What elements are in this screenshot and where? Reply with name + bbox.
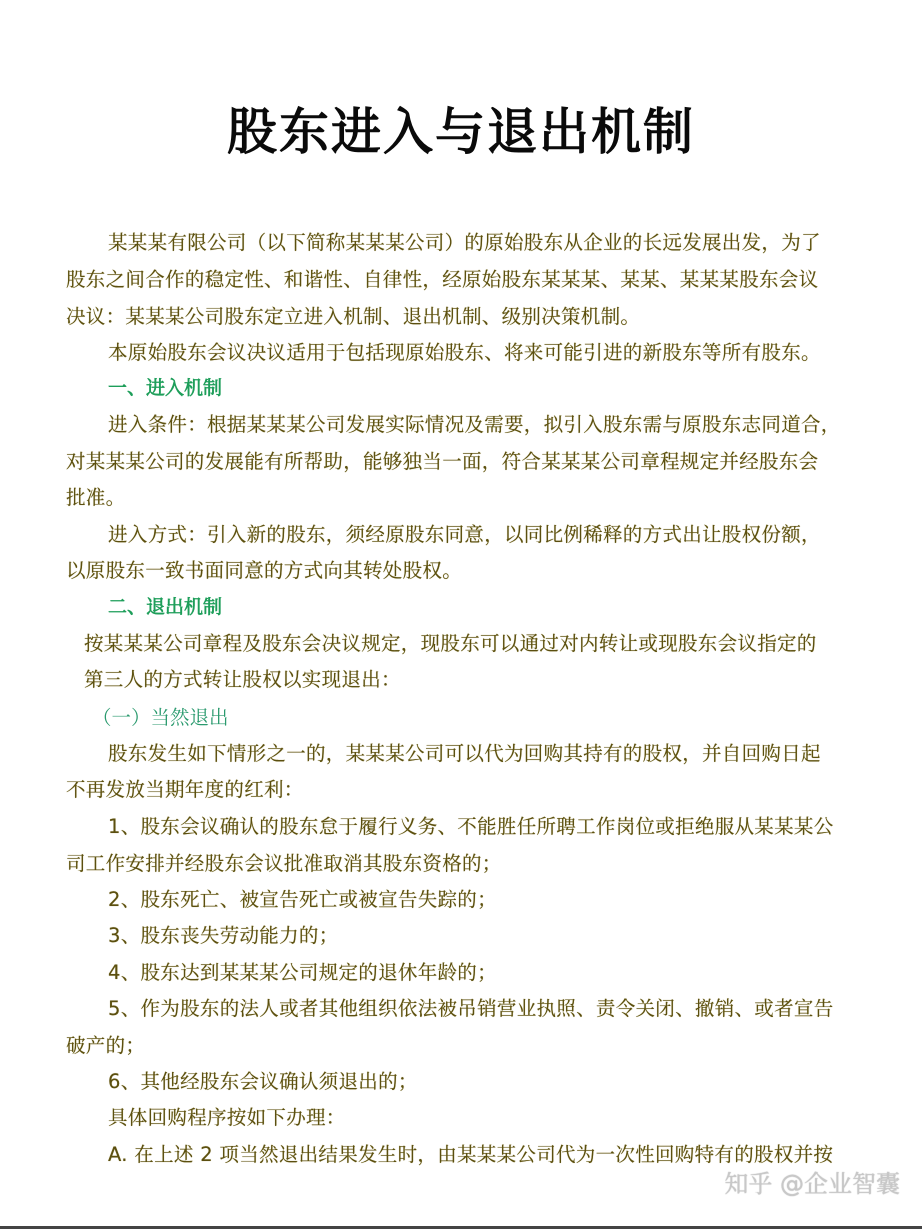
entry-conditions-line-3: 批准。 xyxy=(66,484,125,512)
exit-intro-line-2: 第三人的方式转让股权以实现退出： xyxy=(84,666,401,694)
entry-method-line-2: 以原股东一致书面同意的方式向其转处股权。 xyxy=(66,557,462,585)
entry-conditions-line-2: 对某某某公司的发展能有所帮助，能够独当一面，符合某某某公司章程规定并经股东会 xyxy=(66,448,818,476)
entry-method-line-1: 进入方式：引入新的股东，须经原股东同意，以同比例稀释的方式出让股权份额， xyxy=(108,521,821,549)
exit-intro-line-1: 按某某某公司章程及股东会决议规定，现股东可以通过对内转让或现股东会议指定的 xyxy=(84,630,817,658)
procedure-item-a: A. 在上述 2 项当然退出结果发生时，由某某某公司代为一次性回购特有的股权并按 xyxy=(108,1141,833,1169)
section-heading-exit: 二、退出机制 xyxy=(108,593,222,621)
intro-line-2: 股东之间合作的稳定性、和谐性、自律性，经原始股东某某某、某某、某某某股东会议 xyxy=(66,266,818,294)
list-item-1-line-1: 1、股东会议确认的股东怠于履行义务、不能胜任所聘工作岗位或拒绝服从某某某公 xyxy=(108,813,834,841)
list-item-3: 3、股东丧失劳动能力的； xyxy=(108,922,339,950)
watermark: 知乎 @企业智囊 xyxy=(724,1168,900,1200)
list-item-1-line-2: 司工作安排并经股东会议批准取消其股东资格的； xyxy=(66,850,502,878)
intro-line-4: 本原始股东会议决议适用于包括现原始股东、将来可能引进的新股东等所有股东。 xyxy=(108,339,821,367)
list-item-2: 2、股东死亡、被宣告死亡或被宣告失踪的； xyxy=(108,886,497,914)
intro-line-3: 决议：某某某公司股东定立进入机制、退出机制、级别决策机制。 xyxy=(66,303,640,331)
section-heading-entry: 一、进入机制 xyxy=(108,374,222,402)
document-title: 股东进入与退出机制 xyxy=(0,102,922,162)
procedure-heading: 具体回购程序按如下办理： xyxy=(108,1104,346,1132)
list-item-5-line-2: 破产的； xyxy=(66,1032,145,1060)
natural-exit-intro-line-2: 不再发放当期年度的红利： xyxy=(66,776,304,804)
list-item-6: 6、其他经股东会议确认须退出的； xyxy=(108,1068,418,1096)
list-item-4: 4、股东达到某某某公司规定的退休年龄的； xyxy=(108,959,497,987)
list-item-5-line-1: 5、作为股东的法人或者其他组织依法被吊销营业执照、责令关闭、撤销、或者宣告 xyxy=(108,995,834,1023)
subheading-natural-exit: （一）当然退出 xyxy=(92,704,229,732)
natural-exit-intro-line-1: 股东发生如下情形之一的，某某某公司可以代为回购其持有的股权，并自回购日起 xyxy=(108,740,821,768)
intro-line-1: 某某某有限公司（以下简称某某某公司）的原始股东从企业的长远发展出发，为了 xyxy=(108,229,821,257)
entry-conditions-line-1: 进入条件：根据某某某公司发展实际情况及需要，拟引入股东需与原股东志同道合， xyxy=(108,411,841,439)
